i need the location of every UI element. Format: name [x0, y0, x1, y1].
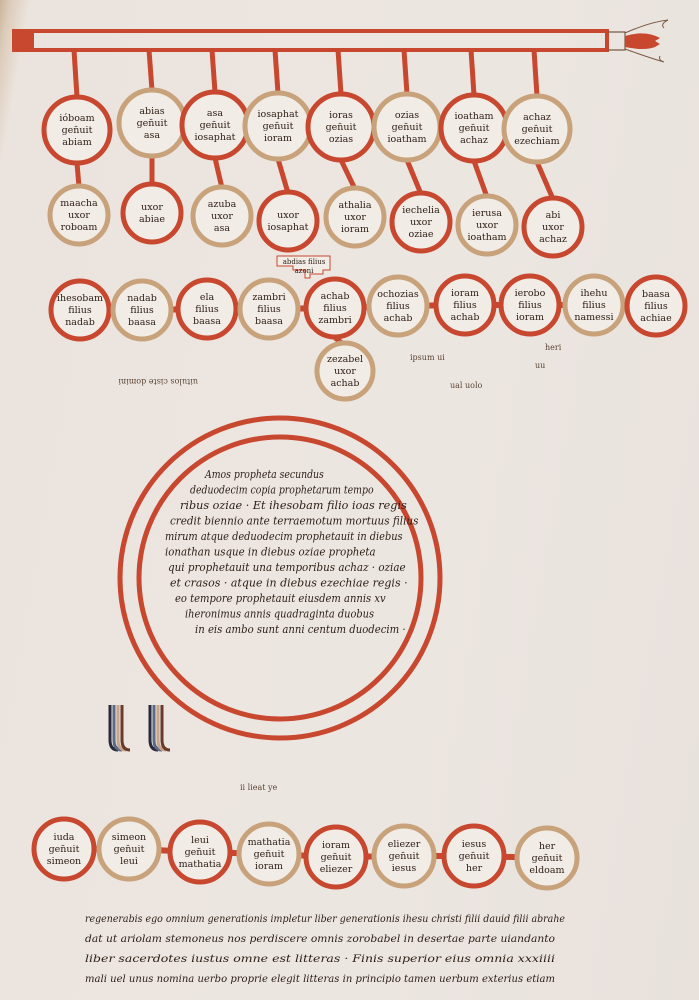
circle-text: abias	[139, 106, 164, 117]
marginal-note: ual uolo	[450, 381, 483, 390]
circle-text: uxor	[344, 212, 366, 223]
circle-text: achaz	[539, 234, 567, 245]
label-box: abdias filiusazoni	[277, 256, 330, 278]
circle-text: namessi	[574, 312, 613, 323]
circle-text: ioram	[264, 133, 292, 144]
king-circle: ochoziasfiliusachab	[369, 277, 427, 335]
central-text-line: ribus oziae · Et ihesobam filio ioas reg…	[180, 498, 407, 512]
circle-text: mathatia	[179, 859, 222, 870]
circle-text: uxor	[141, 202, 163, 213]
circle-text: eliezer	[320, 864, 353, 875]
ancestor-circle: achazgen̄uitezechiam	[504, 96, 570, 162]
circle-text: gen̄uit	[137, 118, 168, 129]
decorative-marks-icon	[110, 705, 170, 750]
marginal-note: ii lieat ye	[240, 783, 278, 792]
ancestor-circle: iorasgen̄uitozias	[308, 94, 374, 160]
circle-text: zambri	[318, 315, 351, 326]
circle-text: gen̄uit	[522, 124, 553, 135]
spouse-circle: uxoriosaphat	[259, 192, 317, 250]
circle-text: gen̄uit	[200, 120, 231, 131]
circle-text: ioram	[255, 861, 283, 872]
central-text-line: credit biennio ante terraemotum mortuus …	[170, 514, 418, 528]
circle-text: achab	[321, 291, 350, 302]
circle-text: zambri	[252, 292, 285, 303]
circle-text: uxor	[476, 220, 498, 231]
circle-text: azuba	[208, 199, 237, 210]
circle-text: abiam	[62, 137, 91, 148]
circle-text: achaz	[460, 135, 488, 146]
circle-text: nadab	[127, 293, 157, 304]
circle-text: uxor	[542, 222, 564, 233]
circle-text: gen̄uit	[459, 123, 490, 134]
floral-terminal-icon	[607, 20, 668, 62]
circle-text: ioram	[451, 288, 479, 299]
king-circle: baasafiliusachiae	[627, 277, 685, 335]
circle-text: filius	[453, 300, 477, 311]
ancestor-circle: iosaphatgen̄uitioram	[245, 93, 311, 159]
circle-text: ioras	[329, 110, 353, 121]
top-bar	[14, 20, 668, 62]
circle-text: ioram	[322, 840, 350, 851]
manuscript-page: ióboamgen̄uitabiamabiasgen̄uitasaasagen̄…	[0, 0, 699, 1000]
circle-text: filius	[257, 304, 281, 315]
circle-text: ióboam	[59, 113, 94, 124]
circle-text: gen̄uit	[254, 849, 285, 860]
ancestor-circle: abiasgen̄uitasa	[119, 90, 185, 156]
central-text-line: et crasos · atque in diebus ezechiae reg…	[170, 576, 408, 590]
genealogy-circle: eliezergen̄uitiesus	[374, 826, 434, 886]
circle-text: filius	[130, 305, 154, 316]
circle-text: baasa	[128, 317, 156, 328]
circle-text: iosaphat	[268, 222, 309, 233]
genealogy-circle: iesusgen̄uither	[444, 826, 504, 886]
central-text-circle: Amos propheta secundusdeduodecim copia p…	[120, 418, 440, 738]
circle-text: uxor	[410, 217, 432, 228]
central-text-line: qui prophetauit una temporibus achaz · o…	[168, 560, 406, 574]
circle-text: achab	[384, 313, 413, 324]
circle-text: ierobo	[515, 288, 546, 299]
central-text-line: ionathan usque in diebus oziae propheta	[165, 545, 376, 559]
central-text-line: iheronimus annis quadraginta duobus	[185, 607, 374, 621]
circle-text: nadab	[65, 317, 95, 328]
spouse-circle: maachauxorroboam	[50, 186, 108, 244]
circle-text: asa	[214, 223, 231, 234]
circle-text: baasa	[255, 316, 283, 327]
circle-text: gen̄uit	[459, 851, 490, 862]
circle-text: ioram	[516, 312, 544, 323]
circle-text: uxor	[277, 210, 299, 221]
bottom-text-block: regenerabis ego omnium generationis impl…	[85, 914, 565, 985]
label-box-text: abdias filius	[283, 258, 326, 266]
genealogy-circle: mathatiagen̄uitioram	[239, 824, 299, 884]
circle-text: gen̄uit	[321, 852, 352, 863]
circle-text: ioatham	[467, 232, 506, 243]
circle-text: uxor	[68, 210, 90, 221]
circle-text: filius	[582, 300, 606, 311]
marginal-note: uu	[535, 361, 545, 370]
circle-text: asa	[207, 108, 224, 119]
genealogy-circle: leuigen̄uitmathatia	[170, 822, 230, 882]
circle-text: ihesobam	[57, 293, 103, 304]
circle-text: athalia	[338, 200, 371, 211]
circle-text: ioram	[341, 224, 369, 235]
bottom-text-line: mali uel unus nomina uerbo proprie elegi…	[85, 974, 555, 985]
king-circle: ihehufiliusnamessi	[565, 276, 623, 334]
circle-text: filius	[518, 300, 542, 311]
circle-text: roboam	[61, 222, 98, 233]
king-circle: ierobofiliusioram	[501, 276, 559, 334]
central-text-line: Amos propheta secundus	[204, 467, 324, 481]
ancestor-circle: asagen̄uitiosaphat	[182, 92, 248, 158]
circle-text: abiae	[139, 214, 165, 225]
spouse-circle: ierusauxorioatham	[458, 196, 516, 254]
circle-text: iosaphat	[258, 109, 299, 120]
circle-text: leui	[120, 856, 138, 867]
circle-text: baasa	[642, 289, 670, 300]
circle-text: eliezer	[388, 839, 421, 850]
circle-text: ihehu	[580, 288, 607, 299]
king-circle: ihesobamfiliusnadab	[51, 281, 109, 339]
marginal-note: heri	[545, 343, 562, 352]
circle-text: gen̄uit	[532, 853, 563, 864]
circle-text: filius	[68, 305, 92, 316]
circle-text: filius	[644, 301, 668, 312]
circle-text: iechelia	[402, 205, 440, 216]
circle-text: filius	[323, 303, 347, 314]
circle-text: simeon	[47, 856, 81, 867]
genealogy-circle: ioramgen̄uiteliezer	[306, 827, 366, 887]
circle-text: gen̄uit	[62, 125, 93, 136]
circle-text: achab	[331, 378, 360, 389]
bottom-text-line: regenerabis ego omnium generationis impl…	[85, 914, 565, 925]
circle-text: asa	[144, 130, 161, 141]
circle-text: iuda	[54, 832, 75, 843]
king-circle: ioramfiliusachab	[436, 276, 494, 334]
circle-text: gen̄uit	[185, 847, 216, 858]
ancestor-circle: ioathamgen̄uitachaz	[441, 95, 507, 161]
spouse-circle: uxorabiae	[123, 184, 181, 242]
label-box-text: azoni	[295, 267, 315, 275]
circle-text: ozias	[329, 134, 353, 145]
circle-text: ozias	[395, 110, 419, 121]
central-text-line: eo tempore prophetauit eiusdem annis xv	[175, 591, 386, 605]
circle-text: gen̄uit	[114, 844, 145, 855]
central-text-line: deduodecim copia prophetarum tempo	[190, 483, 374, 497]
circle-text: gen̄uit	[392, 122, 423, 133]
king-circle: zambrifiliusbaasa	[240, 280, 298, 338]
king-circle: nadabfiliusbaasa	[113, 281, 171, 339]
circle-text: iesus	[462, 839, 487, 850]
ancestor-circle: ióboamgen̄uitabiam	[44, 97, 110, 163]
bottom-text-line: liber sacerdotes iustus omne est littera…	[85, 954, 555, 965]
circle-text: maacha	[60, 198, 98, 209]
spouse-circle: zezabeluxorachab	[317, 343, 373, 399]
circle-text: ela	[200, 292, 215, 303]
circle-text: ioatham	[454, 111, 493, 122]
circle-text: gen̄uit	[263, 121, 294, 132]
circle-text: eldoam	[529, 865, 564, 876]
spouse-circle: iecheliauxoroziae	[392, 193, 450, 251]
circle-text: uxor	[334, 366, 356, 377]
circle-text: achab	[451, 312, 480, 323]
central-text-line: mirum atque deduodecim prophetauit in di…	[165, 529, 403, 543]
marginal-note: ipsum ui	[410, 353, 445, 362]
king-circle: achabfiliuszambri	[306, 279, 364, 337]
spouse-circle: athaliauxorioram	[326, 188, 384, 246]
genealogy-circle: hergen̄uiteldoam	[517, 828, 577, 888]
circle-text: baasa	[193, 316, 221, 327]
circle-text: filius	[386, 301, 410, 312]
circle-text: iosaphat	[195, 132, 236, 143]
circle-text: oziae	[408, 229, 433, 240]
circle-text: her	[466, 863, 483, 874]
circle-text: ezechiam	[514, 136, 559, 147]
spouse-circle: abiuxorachaz	[524, 198, 582, 256]
circle-text: filius	[195, 304, 219, 315]
circle-text: iesus	[392, 863, 417, 874]
genealogy-diagram: ióboamgen̄uitabiamabiasgen̄uitasaasagen̄…	[0, 0, 699, 1000]
marginal-note: uitulos ciste domini	[118, 377, 198, 386]
circle-text: ierusa	[472, 208, 502, 219]
ancestor-circle: oziasgen̄uitioatham	[374, 94, 440, 160]
circle-text: ochozias	[377, 289, 419, 300]
bottom-text-line: dat ut ariolam stemoneus nos perdiscere …	[85, 934, 555, 945]
circle-text: uxor	[211, 211, 233, 222]
circle-text: gen̄uit	[389, 851, 420, 862]
circle-text: ioatham	[387, 134, 426, 145]
circle-text: zezabel	[327, 354, 363, 365]
circle-text: achiae	[640, 313, 672, 324]
genealogy-circle: simeongen̄uitleui	[99, 819, 159, 879]
king-circle: elafiliusbaasa	[178, 280, 236, 338]
circle-text: gen̄uit	[49, 844, 80, 855]
circle-text: leui	[191, 835, 209, 846]
spouse-circle: azubauxorasa	[193, 187, 251, 245]
circle-text: abi	[546, 210, 561, 221]
circle-text: mathatia	[248, 837, 291, 848]
circle-text: her	[539, 841, 556, 852]
circle-text: simeon	[112, 832, 146, 843]
circle-text: gen̄uit	[326, 122, 357, 133]
genealogy-circle: iudagen̄uitsimeon	[34, 819, 94, 879]
central-text-line: in eis ambo sunt anni centum duodecim ·	[195, 622, 406, 636]
circle-text: achaz	[523, 112, 551, 123]
